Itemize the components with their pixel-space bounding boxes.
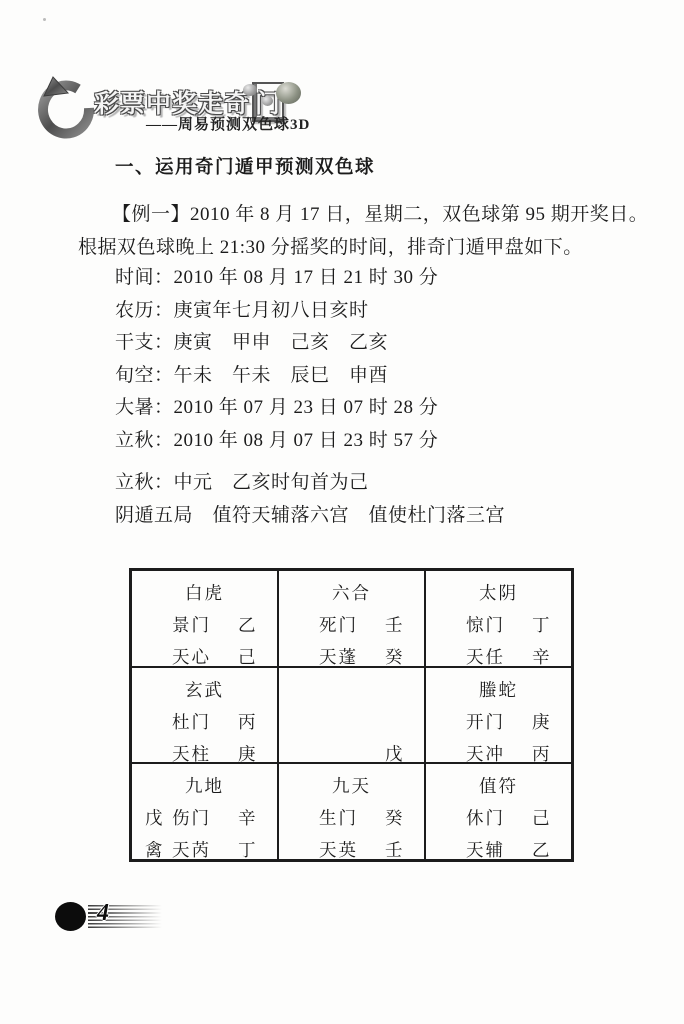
star-stem: 丁 <box>238 835 268 860</box>
circular-arrow-icon <box>38 76 96 140</box>
door-stem: 壬 <box>385 610 415 642</box>
door-label <box>319 707 385 739</box>
door-prefix <box>279 610 319 642</box>
door-stem: 丙 <box>238 707 268 739</box>
door-prefix <box>426 803 466 835</box>
door-stem: 丁 <box>532 610 562 642</box>
door-label: 休门 <box>466 803 532 835</box>
book-logo: 彩票中奖走奇门 ——周易预测双色球3D <box>38 74 338 144</box>
section-heading: 一、运用奇门遁甲预测双色球 <box>115 153 375 179</box>
qimen-cell: 玄武 杜门丙 天柱庚 <box>131 667 278 764</box>
paragraph-line: 根据双色球晚上 21:30 分摇奖的时间，排奇门遁甲盘如下。 <box>78 232 583 259</box>
star-label: 天辅 <box>466 835 532 860</box>
door-label: 死门 <box>319 610 385 642</box>
deity-label: 玄武 <box>132 675 277 707</box>
door-prefix <box>132 707 172 739</box>
door-stem: 乙 <box>238 610 268 642</box>
star-stem: 丙 <box>532 739 562 764</box>
door-stem: 庚 <box>532 707 562 739</box>
detail-line-time: 时间：2010 年 08 月 17 日 21 时 30 分 <box>115 262 438 295</box>
door-label: 开门 <box>466 707 532 739</box>
scanned-book-page: 彩票中奖走奇门 ——周易预测双色球3D 一、运用奇门遁甲预测双色球 【例一】20… <box>0 0 684 1024</box>
paragraph-line: 【例一】2010 年 8 月 17 日，星期二，双色球第 95 期开奖日。 <box>112 199 648 226</box>
star-prefix <box>426 739 466 764</box>
door-label: 景门 <box>172 610 238 642</box>
deity-label: 白虎 <box>132 578 277 610</box>
deity-label: 九地 <box>132 771 277 803</box>
door-label: 惊门 <box>466 610 532 642</box>
deity-label: 螣蛇 <box>426 675 571 707</box>
star-label: 天芮 <box>172 835 238 860</box>
qimen-cell: 白虎 景门乙 天心己 <box>131 570 278 667</box>
star-label: 天蓬 <box>319 642 385 667</box>
scan-speck <box>43 18 46 21</box>
door-prefix <box>279 707 319 739</box>
qimen-cell: 六合 死门壬 天蓬癸 <box>278 570 425 667</box>
door-prefix <box>426 707 466 739</box>
star-label: 天任 <box>466 642 532 667</box>
star-label: 天柱 <box>172 739 238 764</box>
qimen-cell: 九天 生门癸 天英壬 <box>278 763 425 860</box>
qimen-cell: 螣蛇 开门庚 天冲丙 <box>425 667 572 764</box>
deity-label: 六合 <box>279 578 424 610</box>
star-label <box>319 739 385 764</box>
door-label: 生门 <box>319 803 385 835</box>
deity-label: 九天 <box>279 771 424 803</box>
star-stem: 乙 <box>532 835 562 860</box>
logo-subtitle: ——周易预测双色球3D <box>146 113 310 134</box>
star-stem: 壬 <box>385 835 415 860</box>
door-prefix <box>426 610 466 642</box>
door-stem: 癸 <box>385 803 415 835</box>
qimen-cell: 太阴 惊门丁 天任辛 <box>425 570 572 667</box>
door-prefix: 戊 <box>132 803 172 835</box>
door-stem <box>385 707 415 739</box>
detail-line-lunar: 农历：庚寅年七月初八日亥时 <box>115 295 438 328</box>
detail-line-xunkong: 旬空：午未 午未 辰巳 申酉 <box>115 360 438 393</box>
detail-line-dashu: 大暑：2010 年 07 月 23 日 07 时 28 分 <box>115 392 438 425</box>
qimen-cell: 值符 休门己 天辅乙 <box>425 763 572 860</box>
qimen-cell: 九地 戊伤门辛 禽天芮丁 <box>131 763 278 860</box>
lottery-ball-icon <box>243 84 257 96</box>
star-label: 天冲 <box>466 739 532 764</box>
pan-summary: 立秋：中元 乙亥时旬首为己 阴遁五局 值符天辅落六宫 值使杜门落三宫 <box>115 467 505 532</box>
star-prefix <box>279 835 319 860</box>
star-stem: 戊 <box>385 739 415 764</box>
deity-label: 值符 <box>426 771 571 803</box>
star-prefix <box>132 642 172 667</box>
star-prefix: 禽 <box>132 835 172 860</box>
star-prefix <box>426 835 466 860</box>
door-label: 杜门 <box>172 707 238 739</box>
footer-dot-icon <box>55 902 86 931</box>
qimen-dunjia-table: 白虎 景门乙 天心己 六合 死门壬 天蓬癸 太阴 惊门丁 天任辛 玄武 杜门丙 … <box>129 568 574 862</box>
door-label: 伤门 <box>172 803 238 835</box>
star-stem: 辛 <box>532 642 562 667</box>
star-prefix <box>426 642 466 667</box>
star-label: 天英 <box>319 835 385 860</box>
door-prefix <box>132 610 172 642</box>
star-label: 天心 <box>172 642 238 667</box>
qimen-cell-center: 戊 <box>278 667 425 764</box>
door-prefix <box>279 803 319 835</box>
deity-label <box>279 675 424 707</box>
star-stem: 癸 <box>385 642 415 667</box>
door-stem: 己 <box>532 803 562 835</box>
star-prefix <box>279 642 319 667</box>
lottery-ball-icon <box>262 96 273 106</box>
star-stem: 庚 <box>238 739 268 764</box>
summary-line: 立秋：中元 乙亥时旬首为己 <box>115 467 505 500</box>
chart-details: 时间：2010 年 08 月 17 日 21 时 30 分 农历：庚寅年七月初八… <box>115 262 438 457</box>
door-stem: 辛 <box>238 803 268 835</box>
star-stem: 己 <box>238 642 268 667</box>
star-prefix <box>279 739 319 764</box>
lottery-ball-icon <box>276 82 301 104</box>
detail-line-ganzhi: 干支：庚寅 甲申 己亥 乙亥 <box>115 327 438 360</box>
deity-label: 太阴 <box>426 578 571 610</box>
detail-line-liqiu: 立秋：2010 年 08 月 07 日 23 时 57 分 <box>115 425 438 458</box>
star-prefix <box>132 739 172 764</box>
summary-line: 阴遁五局 值符天辅落六宫 值使杜门落三宫 <box>115 500 505 533</box>
page-number: 4 <box>97 900 109 927</box>
